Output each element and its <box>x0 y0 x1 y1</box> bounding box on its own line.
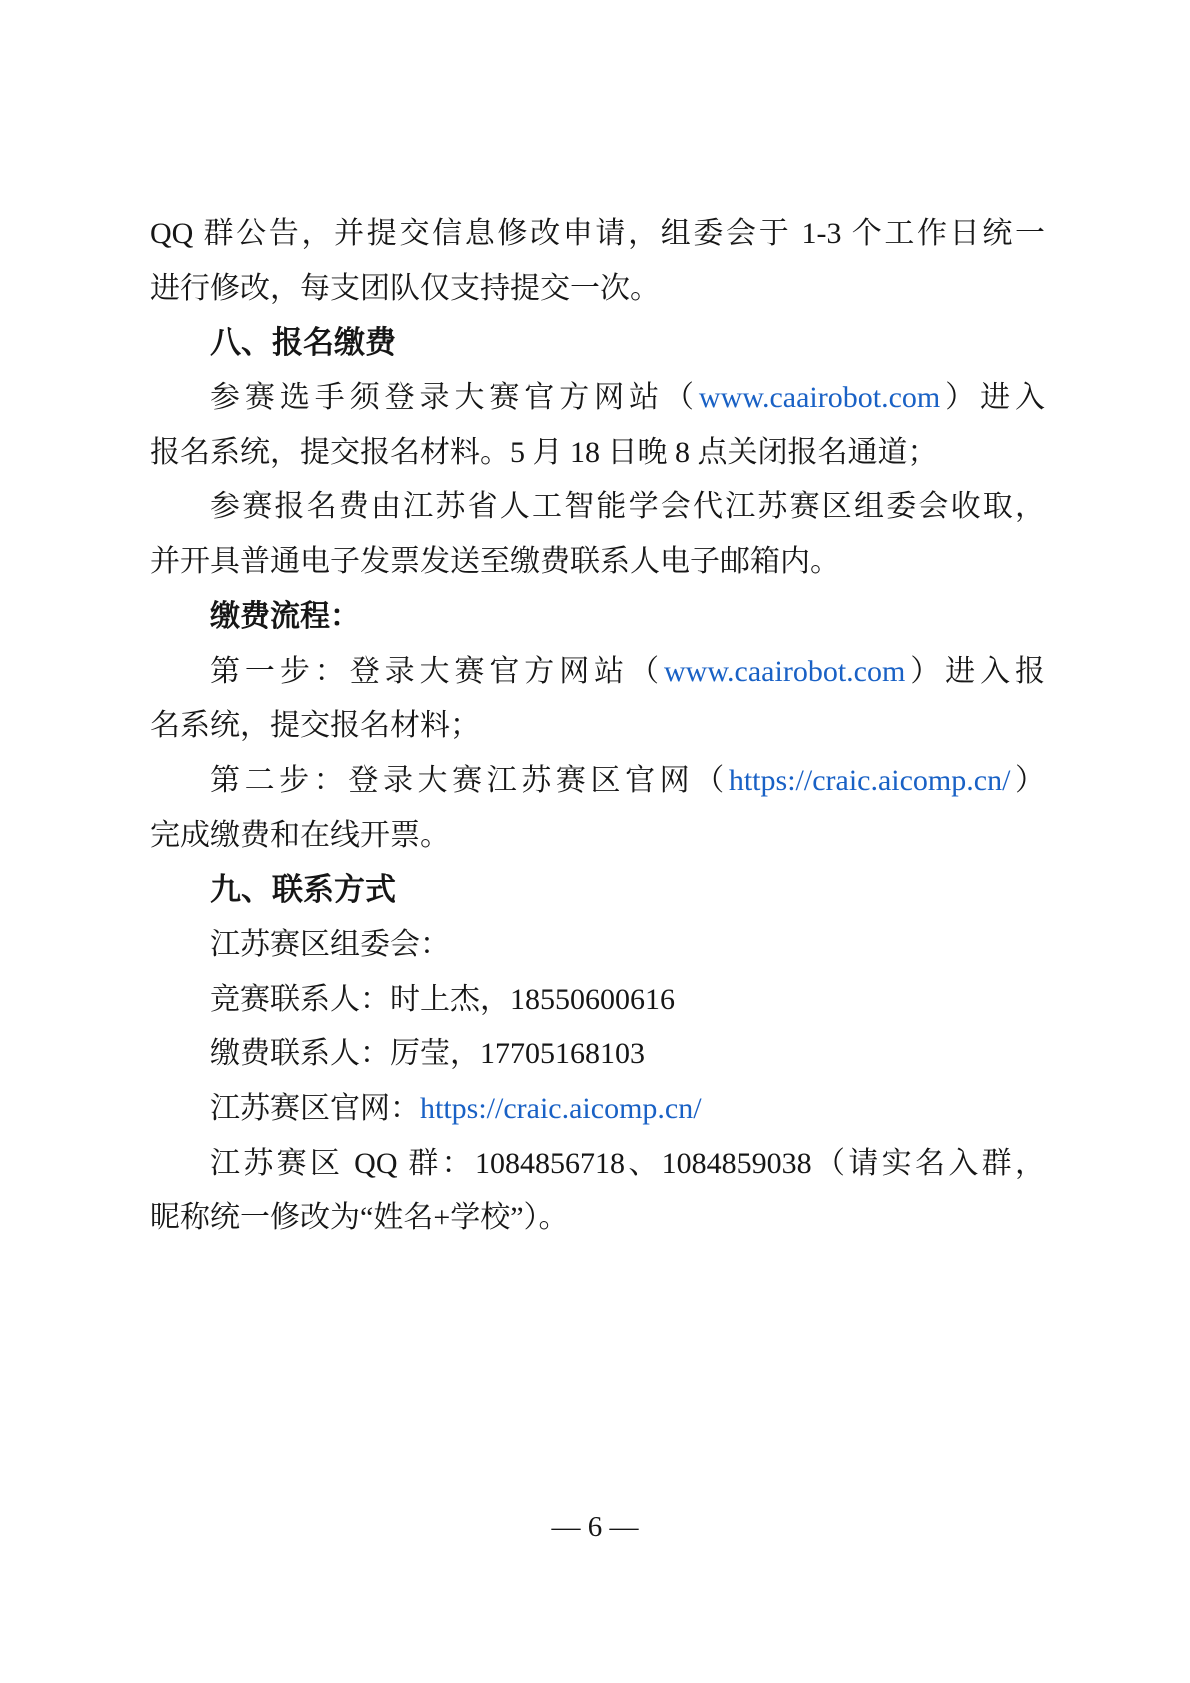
section-heading: 九、联系方式 <box>150 863 1045 918</box>
text-line: 进行修改，每支团队仅支持提交一次。 <box>150 262 1045 317</box>
document-page: QQ 群公告，并提交信息修改申请，组委会于 1-3 个工作日统一进行修改，每支团… <box>0 0 1190 1683</box>
text-line: 第二步：登录大赛江苏赛区官网（https://craic.aicomp.cn/） <box>150 754 1045 809</box>
text-line: 参赛选手须登录大赛官方网站（www.caairobot.com）进入 <box>150 371 1045 426</box>
text-run: 报名系统，提交报名材料。5 月 18 日晚 8 点关闭报名通道； <box>150 436 938 469</box>
text-run: ）进入报 <box>905 655 1045 688</box>
text-line: 名系统，提交报名材料； <box>150 699 1045 754</box>
text-line: 昵称统一修改为“姓名+学校”）。 <box>150 1191 1045 1246</box>
url-link[interactable]: www.caairobot.com <box>699 381 940 414</box>
text-line: 并开具普通电子发票发送至缴费联系人电子邮箱内。 <box>150 535 1045 590</box>
text-run: 参赛选手须登录大赛官方网站（ <box>210 381 699 414</box>
text-line: QQ 群公告，并提交信息修改申请，组委会于 1-3 个工作日统一 <box>150 207 1045 262</box>
page-footer: — 6 — <box>0 1511 1190 1544</box>
text-run: 昵称统一修改为“姓名+学校”）。 <box>150 1201 569 1234</box>
text-line: 竞赛联系人：时上杰，18550600616 <box>150 973 1045 1028</box>
text-run: ） <box>1010 764 1045 797</box>
section-heading: 八、报名缴费 <box>150 316 1045 371</box>
url-link[interactable]: https://craic.aicomp.cn/ <box>420 1092 702 1125</box>
document-content: QQ 群公告，并提交信息修改申请，组委会于 1-3 个工作日统一进行修改，每支团… <box>150 207 1045 1246</box>
text-line: 缴费流程： <box>150 590 1045 645</box>
text-line: 缴费联系人：厉莹，17705168103 <box>150 1027 1045 1082</box>
text-run: 并开具普通电子发票发送至缴费联系人电子邮箱内。 <box>150 545 840 578</box>
text-run: 江苏赛区官网： <box>210 1092 420 1125</box>
text-line: 完成缴费和在线开票。 <box>150 809 1045 864</box>
text-line: 参赛报名费由江苏省人工智能学会代江苏赛区组委会收取， <box>150 480 1045 535</box>
text-line: 江苏赛区官网：https://craic.aicomp.cn/ <box>150 1082 1045 1137</box>
text-run: 参赛报名费由江苏省人工智能学会代江苏赛区组委会收取， <box>210 490 1045 523</box>
text-run: ）进入 <box>940 381 1045 414</box>
url-link[interactable]: www.caairobot.com <box>664 655 905 688</box>
text-run: 进行修改，每支团队仅支持提交一次。 <box>150 272 660 305</box>
text-run: 第一步：登录大赛官方网站（ <box>210 655 664 688</box>
text-line: 第一步：登录大赛官方网站（www.caairobot.com）进入报 <box>150 645 1045 700</box>
text-run: 九、联系方式 <box>210 872 396 907</box>
text-run: 缴费流程： <box>210 600 360 633</box>
text-run: 完成缴费和在线开票。 <box>150 819 450 852</box>
text-line: 江苏赛区组委会： <box>150 918 1045 973</box>
text-run: 江苏赛区组委会： <box>210 928 450 961</box>
text-run: 江苏赛区 QQ 群：1084856718、1084859038（请实名入群， <box>210 1147 1045 1180</box>
text-run: 八、报名缴费 <box>210 325 396 360</box>
text-run: 名系统，提交报名材料； <box>150 709 480 742</box>
text-run: 缴费联系人：厉莹，17705168103 <box>210 1037 645 1070</box>
text-run: QQ 群公告，并提交信息修改申请，组委会于 1-3 个工作日统一 <box>150 217 1045 250</box>
page-number: — 6 — <box>552 1511 639 1543</box>
text-line: 报名系统，提交报名材料。5 月 18 日晚 8 点关闭报名通道； <box>150 426 1045 481</box>
url-link[interactable]: https://craic.aicomp.cn/ <box>729 764 1011 797</box>
text-run: 第二步：登录大赛江苏赛区官网（ <box>210 764 729 797</box>
text-run: 竞赛联系人：时上杰，18550600616 <box>210 983 675 1016</box>
text-line: 江苏赛区 QQ 群：1084856718、1084859038（请实名入群， <box>150 1137 1045 1192</box>
